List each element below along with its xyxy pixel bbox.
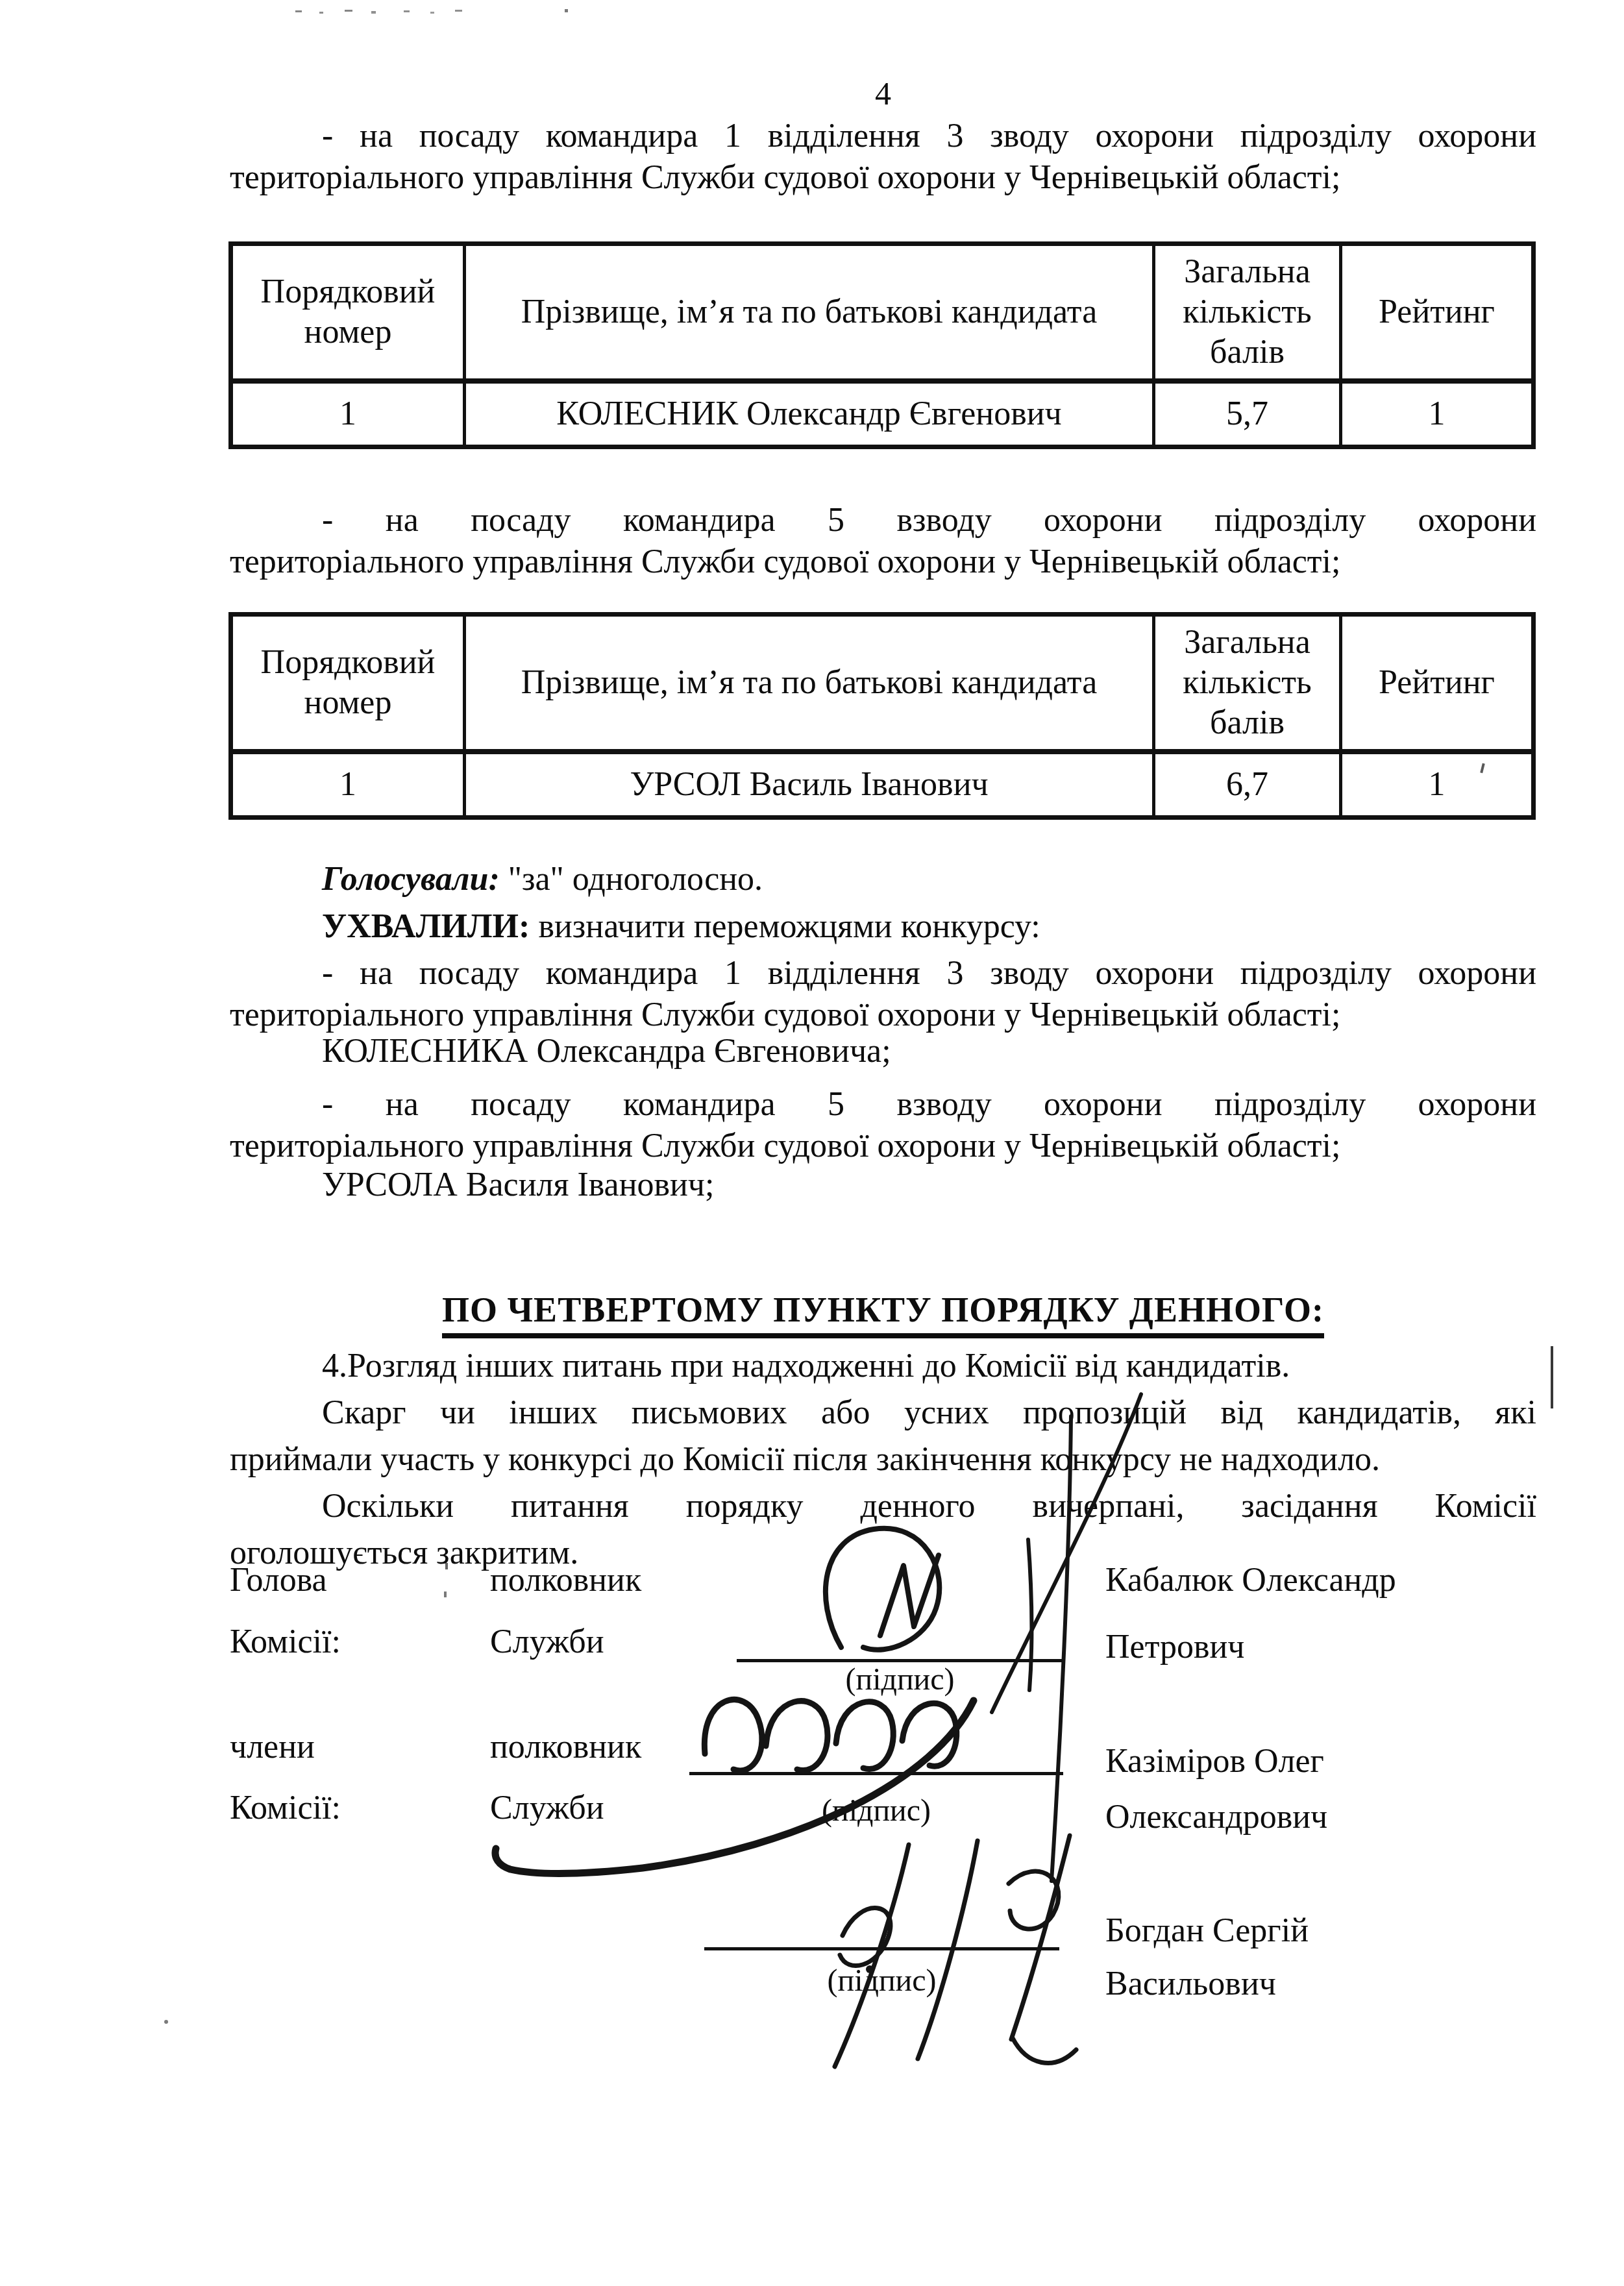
winner-1-name: КОЛЕСНИКА Олександра Євгеновича; (230, 1031, 1536, 1072)
voted-label: Голосували: (322, 861, 500, 898)
cell-total-score: 5,7 (1154, 381, 1341, 447)
signature-chair-stroke (826, 1394, 1141, 1881)
bullet-text: на посаду командира 5 взводу охорони під… (386, 502, 1536, 539)
col-header-rating: Рейтинг (1341, 244, 1534, 382)
table-header-row: Порядковий номер Прізвище, ім’я та по ба… (231, 615, 1534, 752)
bullet-dash: - (322, 955, 333, 992)
table-row: 1 КОЛЕСНИК Олександр Євгенович 5,7 1 (231, 381, 1534, 447)
scan-speck (455, 10, 462, 12)
paragraph-winner-position-1: - на посаду командира 1 відділення 3 зво… (230, 953, 1536, 1036)
page-number: 4 (230, 75, 1536, 112)
col-header-serial-number: Порядковий номер (231, 615, 465, 752)
results-table-1: Порядковий номер Прізвище, ім’я та по ба… (228, 241, 1536, 449)
scan-speck (319, 12, 323, 14)
member-role-line-2: Комісії: (230, 1788, 341, 1829)
winner-2-name: УРСОЛА Василя Іванович; (230, 1164, 1536, 1206)
chair-role-line-1: Голова (230, 1560, 327, 1601)
resolved-label: УХВАЛИЛИ: (322, 908, 530, 945)
col-header-candidate-name: Прізвище, ім’я та по батькові кандидата (465, 615, 1154, 752)
col-header-total-score: Загальна кількість балів (1154, 244, 1341, 382)
signature-member-2-stroke (835, 1836, 1076, 2067)
col-header-total-score: Загальна кількість балів (1154, 615, 1341, 752)
bullet-dash: - (322, 1086, 333, 1123)
bullet-text-line-2: територіального управління Служби судово… (230, 994, 1536, 1036)
bullet-dash: - (322, 502, 333, 539)
bullet-dash: - (322, 117, 333, 154)
scan-speck (371, 11, 376, 14)
cell-serial-number: 1 (231, 752, 465, 818)
bullet-line: - на посаду командира 5 взводу охорони п… (230, 1084, 1536, 1125)
scan-artifact-line (1551, 1346, 1553, 1408)
scan-speck (295, 10, 302, 12)
bullet-text: на посаду командира 5 взводу охорони під… (386, 1086, 1536, 1123)
table-header-row: Порядковий номер Прізвище, ім’я та по ба… (231, 244, 1534, 382)
signatures-overlay (454, 1331, 1233, 2142)
scan-speck (430, 12, 434, 14)
paragraph-appointment-2: - на посаду командира 5 взводу охорони п… (230, 500, 1536, 583)
paragraph-voted: Голосували: "за" одноголосно. (230, 859, 1536, 900)
scan-speck (565, 9, 568, 12)
signature-member-1-stroke (495, 1700, 974, 1874)
paragraph-resolved: УХВАЛИЛИ: визначити переможцями конкурсу… (230, 906, 1536, 948)
bullet-line: - на посаду командира 1 відділення 3 зво… (230, 116, 1536, 157)
scan-speck (444, 1592, 447, 1597)
bullet-text-line-2: територіального управління Служби судово… (230, 541, 1536, 583)
scan-speck (345, 10, 352, 12)
chair-role-line-2: Комісії: (230, 1621, 341, 1663)
bullet-line: - на посаду командира 1 відділення 3 зво… (230, 953, 1536, 994)
cell-candidate-name: КОЛЕСНИК Олександр Євгенович (465, 381, 1154, 447)
scan-speck (404, 10, 410, 12)
col-header-candidate-name: Прізвище, ім’я та по батькові кандидата (465, 244, 1154, 382)
paragraph-appointment-1: - на посаду командира 1 відділення 3 зво… (230, 116, 1536, 199)
cell-serial-number: 1 (231, 381, 465, 447)
cell-rating: 1 (1341, 752, 1534, 818)
document-page: 4 - на посаду командира 1 відділення 3 з… (0, 0, 1624, 2286)
paragraph-winner-2: УРСОЛА Василя Іванович; (230, 1164, 1536, 1206)
bullet-text-line-2: територіального управління Служби судово… (230, 1125, 1536, 1167)
scan-speck (164, 2020, 168, 2024)
bullet-text: на посаду командира 1 відділення 3 зводу… (360, 955, 1536, 992)
cell-candidate-name: УРСОЛ Василь Іванович (465, 752, 1154, 818)
cell-total-score: 6,7 (1154, 752, 1341, 818)
bullet-text: на посаду командира 1 відділення 3 зводу… (360, 117, 1536, 154)
paragraph-winner-position-2: - на посаду командира 5 взводу охорони п… (230, 1084, 1536, 1167)
results-table-2: Порядковий номер Прізвище, ім’я та по ба… (228, 612, 1536, 820)
bullet-text-line-2: територіального управління Служби судово… (230, 157, 1536, 199)
member-role-line-1: члени (230, 1727, 315, 1768)
bullet-line: - на посаду командира 5 взводу охорони п… (230, 500, 1536, 541)
cell-rating: 1 (1341, 381, 1534, 447)
voted-text: "за" одноголосно. (508, 861, 763, 898)
table-row: 1 УРСОЛ Василь Іванович 6,7 1 (231, 752, 1534, 818)
col-header-rating: Рейтинг (1341, 615, 1534, 752)
col-header-serial-number: Порядковий номер (231, 244, 465, 382)
paragraph-winner-1: КОЛЕСНИКА Олександра Євгеновича; (230, 1031, 1536, 1072)
resolved-text: визначити переможцями конкурсу: (538, 908, 1040, 945)
